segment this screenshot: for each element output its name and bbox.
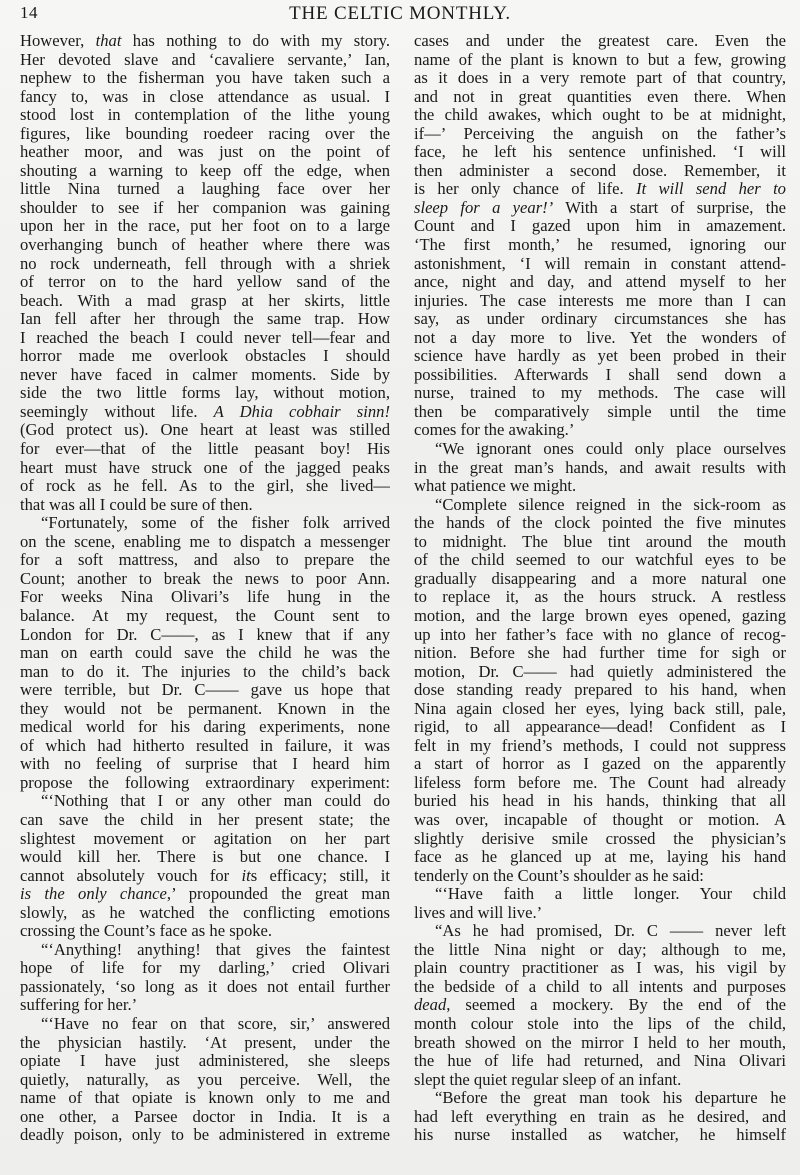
text-line: opiate I have just administered, she sle…: [20, 1052, 390, 1071]
text-line: Her devoted slave and ‘cavaliere servant…: [20, 51, 390, 70]
text-line: injuries. The case interests me more tha…: [414, 292, 786, 311]
text-line: had left everything en train as he desir…: [414, 1108, 786, 1127]
text-line: of the child seemed to our watchful eyes…: [414, 551, 786, 570]
text-line: man on earth could save the child he was…: [20, 644, 390, 663]
text-line: nition. Before she had further time for …: [414, 644, 786, 663]
text-line: if—’ Perceiving the anguish on the fathe…: [414, 125, 786, 144]
italic-phrase: It will send her to: [636, 180, 786, 198]
text-line: propose the following extraordinary expe…: [20, 774, 390, 793]
italic-phrase: dead: [414, 996, 446, 1014]
text-line: “Fortunately, some of the fisher folk ar…: [20, 514, 390, 533]
text-line: ‘The first month,’ he resumed, ignoring …: [414, 236, 786, 255]
text-line: motion, and the large brown eyes opened,…: [414, 607, 786, 626]
running-title: THE CELTIC MONTHLY.: [0, 3, 800, 25]
magazine-page: 14 THE CELTIC MONTHLY. However, that has…: [0, 0, 800, 1175]
text-line: cannot absolutely vouch for its efficacy…: [20, 867, 390, 886]
text-line: the hands of the clock pointed the five …: [414, 514, 786, 533]
text-line: name of the plant is known to but a few,…: [414, 51, 786, 70]
text-line: not a day more to live. Yet the wonders …: [414, 329, 786, 348]
text-line: slowly, as he watched the conflicting em…: [20, 904, 390, 923]
text-line: the hue of life had returned, and Nina O…: [414, 1052, 786, 1071]
text-line: is the only chance,’ propounded the grea…: [20, 885, 390, 904]
text-line: seemingly without life. A Dhia cobhair s…: [20, 403, 390, 422]
text-line: overhanging bunch of heather where there…: [20, 236, 390, 255]
text-line: For weeks Nina Olivari’s life hung in th…: [20, 588, 390, 607]
text-line: tenderly on the Count’s shoulder as he s…: [414, 867, 786, 886]
text-line: “As he had promised, Dr. C —— never left: [414, 922, 786, 941]
text-line: “Complete silence reigned in the sick-ro…: [414, 496, 786, 515]
text-line: heather moor, and was just on the point …: [20, 143, 390, 162]
text-line: “Before the great man took his departure…: [414, 1089, 786, 1108]
text-line: a start of horror as I gazed on the appa…: [414, 755, 786, 774]
text-line: with no feeling of surprise that I heard…: [20, 755, 390, 774]
text-line: the bedside of a child to all intents an…: [414, 978, 786, 997]
text-line: “‘Have faith a little longer. Your child: [414, 885, 786, 904]
text-line: shoulder to see if her companion was gai…: [20, 199, 390, 218]
text-line: dead, seemed a mockery. By the end of th…: [414, 996, 786, 1015]
text-line: is her only chance of life. It will send…: [414, 180, 786, 199]
text-line: nephew to the fisherman you have taken s…: [20, 69, 390, 88]
text-line: London for Dr. C——, as I knew that if an…: [20, 626, 390, 645]
text-line: face as he glanced up at me, laying his …: [414, 848, 786, 867]
text-line: Count; another to break the news to poor…: [20, 570, 390, 589]
text-line: then be comparatively simple until the t…: [414, 403, 786, 422]
text-line: comes for the awaking.’: [414, 421, 786, 440]
text-line: “We ignorant ones could only place ourse…: [414, 440, 786, 459]
text-line: slept the quiet regular sleep of an infa…: [414, 1071, 786, 1090]
text-line: one other, a Parsee doctor in India. It …: [20, 1108, 390, 1127]
text-line: man to do it. The injuries to the child’…: [20, 663, 390, 682]
text-line: the little Nina night or day; although t…: [414, 941, 786, 960]
text-line: cases and under the greatest care. Even …: [414, 32, 786, 51]
text-line: no rock underneath, fell through with a …: [20, 255, 390, 274]
text-line: for ever—that of the little peasant boy!…: [20, 440, 390, 459]
text-line: face, he left his sentence unfinished. ‘…: [414, 143, 786, 162]
text-line: up into her father’s face with no glance…: [414, 626, 786, 645]
text-line: they would not be permanent. Known in th…: [20, 700, 390, 719]
text-line: science have hardly as yet been probed i…: [414, 347, 786, 366]
text-line: balance. At my request, the Count sent t…: [20, 607, 390, 626]
text-line: then administer a second dose. Remember,…: [414, 162, 786, 181]
text-line: deadly poison, only to be administered i…: [20, 1126, 390, 1145]
italic-phrase: sleep for a year!’: [414, 199, 553, 217]
text-line: nurse, trained to my methods. The case w…: [414, 384, 786, 403]
text-line: figures, like bounding roedeer racing ov…: [20, 125, 390, 144]
text-line: was over, incapable of thought or motion…: [414, 811, 786, 830]
left-text-column: However, that has nothing to do with my …: [20, 32, 390, 1145]
text-line: were terrible, but Dr. C—— gave us hope …: [20, 681, 390, 700]
text-line: dose standing ready prepared to his hand…: [414, 681, 786, 700]
text-line: slightest movement or agitation on her p…: [20, 830, 390, 849]
text-line: rigid, to all appearance—dead! Confident…: [414, 718, 786, 737]
italic-phrase: is the only chance: [20, 885, 167, 903]
text-line: say, as under ordinary circumstances she…: [414, 310, 786, 329]
text-line: for a soft mattress, and also to prepare…: [20, 551, 390, 570]
text-line: astonishment, ‘I will remain in constant…: [414, 255, 786, 274]
text-line: felt in my friend’s methods, I could not…: [414, 737, 786, 756]
text-line: passionately, ‘so long as it does not en…: [20, 978, 390, 997]
text-line: of which had hitherto resulted in failur…: [20, 737, 390, 756]
text-line: name of that opiate is known only to me …: [20, 1089, 390, 1108]
text-line: crossing the Count’s face as he spoke.: [20, 922, 390, 941]
text-line: medical world for his daring experiments…: [20, 718, 390, 737]
text-line: I reached the beach I could never tell—f…: [20, 329, 390, 348]
text-line: Count and I gazed upon him in amazement.: [414, 217, 786, 236]
text-line: shouting a warning to keep off the edge,…: [20, 162, 390, 181]
text-line: gradually disappearing and a more natura…: [414, 570, 786, 589]
text-line: would kill her. There is but one chance.…: [20, 848, 390, 867]
text-line: sleep for a year!’ With a start of surpr…: [414, 199, 786, 218]
text-line: never have faced in calmer moments. Side…: [20, 366, 390, 385]
text-line: slightly derisive smile crossed the phys…: [414, 830, 786, 849]
text-line: beach. With a mad grasp at her skirts, l…: [20, 292, 390, 311]
page-header: 14 THE CELTIC MONTHLY.: [0, 0, 800, 22]
text-line: in the great man’s hands, and await resu…: [414, 459, 786, 478]
text-line: as it does in a very remote part of that…: [414, 69, 786, 88]
italic-phrase: that: [96, 32, 122, 50]
text-line: Ian fell after her through the same trap…: [20, 310, 390, 329]
text-line: possibilities. Afterwards I shall send d…: [414, 366, 786, 385]
text-line: the physician hastily. ‘At present, unde…: [20, 1034, 390, 1053]
text-line: “‘Anything! anything! that gives the fai…: [20, 941, 390, 960]
text-line: to midnight. The blue tint around the mo…: [414, 533, 786, 552]
text-line: upon her in the race, put her foot on to…: [20, 217, 390, 236]
text-line: side the two little forms lay, without m…: [20, 384, 390, 403]
text-line: However, that has nothing to do with my …: [20, 32, 390, 51]
text-line: to replace it, as the hours struck. A re…: [414, 588, 786, 607]
text-line: plain country practitioner as I was, his…: [414, 959, 786, 978]
text-line: lives and will live.’: [414, 904, 786, 923]
text-line: quietly, naturally, as you perceive. Wel…: [20, 1071, 390, 1090]
text-line: the child awakes, which ought to be at m…: [414, 106, 786, 125]
text-line: of terror on to the hard yellow sand of …: [20, 273, 390, 292]
text-line: buried his head in his hands, thinking t…: [414, 792, 786, 811]
text-line: of rock as he fell. As to the girl, she …: [20, 477, 390, 496]
text-line: Nina again closed her eyes, lying back s…: [414, 700, 786, 719]
right-text-column: cases and under the greatest care. Even …: [414, 32, 786, 1145]
text-line: that was all I could be sure of then.: [20, 496, 390, 515]
italic-phrase: it: [241, 867, 250, 885]
text-line: lifeless form before me. The Count had a…: [414, 774, 786, 793]
text-line: breath showed on the mirror I held to he…: [414, 1034, 786, 1053]
text-line: “‘Have no fear on that score, sir,’ answ…: [20, 1015, 390, 1034]
text-line: suffering for her.’: [20, 996, 390, 1015]
text-line: and not in great quantities even there. …: [414, 88, 786, 107]
text-line: what patience we might.: [414, 477, 786, 496]
italic-phrase: A Dhia cobhair sinn!: [214, 403, 390, 421]
text-line: motion, Dr. C—— had quietly administered…: [414, 663, 786, 682]
text-line: heart must have struck one of the jagged…: [20, 459, 390, 478]
text-line: hope of life for my darling,’ cried Oliv…: [20, 959, 390, 978]
text-line: horror made me overlook obstacles I shou…: [20, 347, 390, 366]
text-line: his nurse installed as watcher, he himse…: [414, 1126, 786, 1145]
text-line: stood lost in contemplation of the lithe…: [20, 106, 390, 125]
text-line: ance, night and day, and attend myself t…: [414, 273, 786, 292]
text-line: (God protect us). One heart at least was…: [20, 421, 390, 440]
text-line: month colour stole into the lips of the …: [414, 1015, 786, 1034]
text-line: on the scene, enabling me to dispatch a …: [20, 533, 390, 552]
text-line: little Nina turned a laughing face over …: [20, 180, 390, 199]
text-line: can save the child in her present state;…: [20, 811, 390, 830]
text-line: “‘Nothing that I or any other man could …: [20, 792, 390, 811]
text-line: fancy to, was in close attendance as usu…: [20, 88, 390, 107]
